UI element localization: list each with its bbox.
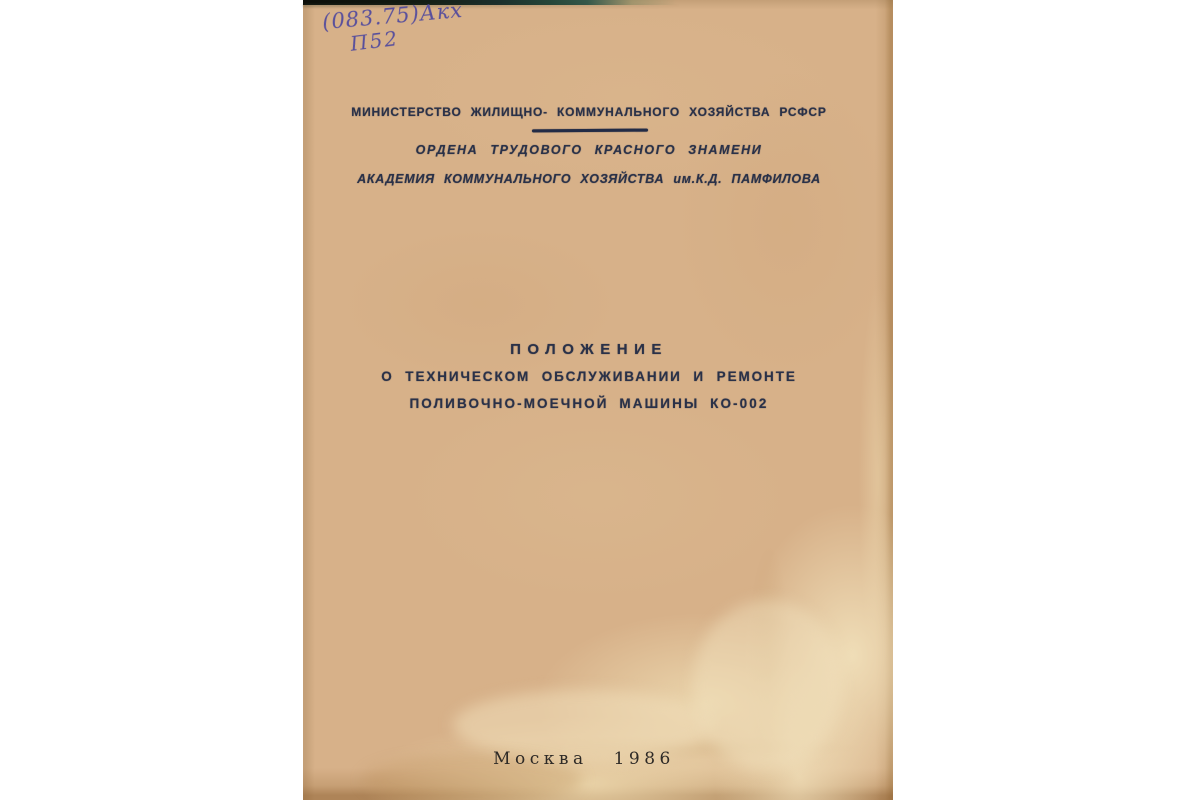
imprint-year: 1986 bbox=[614, 749, 675, 769]
ministry-line: МИНИСТЕРСТВО ЖИЛИЩНО- КОММУНАЛЬНОГО ХОЗЯ… bbox=[294, 105, 884, 119]
academy-line: АКАДЕМИЯ КОММУНАЛЬНОГО ХОЗЯЙСТВА им.К.Д.… bbox=[294, 172, 884, 186]
document-subtitle-line2: ПОЛИВОЧНО-МОЕЧНОЙ МАШИНЫ КО-002 bbox=[294, 396, 884, 411]
scanned-book-cover-photo: (083.75)Акх П52 МИНИСТЕРСТВО ЖИЛИЩНО- КО… bbox=[0, 0, 1200, 800]
header-divider-rule bbox=[532, 129, 648, 133]
document-subtitle-line1: О ТЕХНИЧЕСКОМ ОБСЛУЖИВАНИИ И РЕМОНТЕ bbox=[294, 369, 884, 384]
book-cover-page: (083.75)Акх П52 МИНИСТЕРСТВО ЖИЛИЩНО- КО… bbox=[303, 0, 893, 800]
document-title: ПОЛОЖЕНИЕ bbox=[294, 341, 884, 358]
water-stain bbox=[693, 600, 843, 770]
imprint-city: Москва bbox=[493, 749, 588, 769]
handwritten-library-mark: (083.75)Акх П52 bbox=[321, 0, 466, 56]
imprint-line: Москва1986 bbox=[289, 749, 879, 769]
award-line: ОРДЕНА ТРУДОВОГО КРАСНОГО ЗНАМЕНИ bbox=[294, 143, 884, 157]
